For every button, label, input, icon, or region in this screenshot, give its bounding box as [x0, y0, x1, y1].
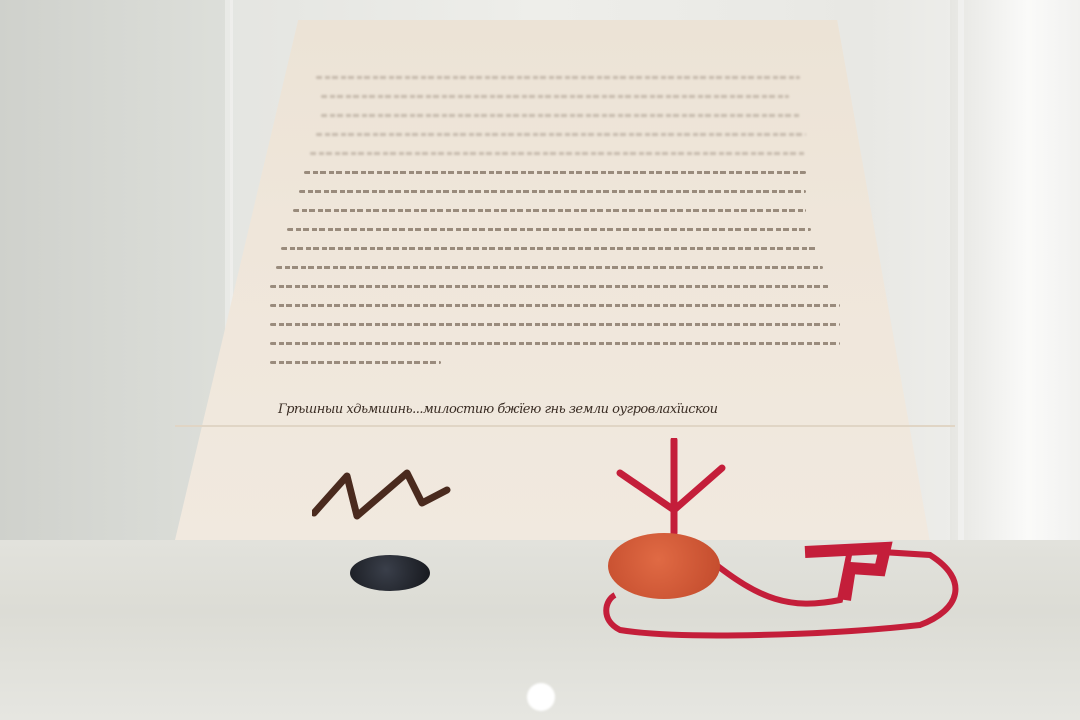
- red-signature-icon: [612, 438, 732, 538]
- case-knob: [527, 683, 555, 711]
- red-wax-seal: [608, 533, 720, 599]
- manuscript-fold: [175, 425, 955, 427]
- monogram-signature-icon: [312, 468, 452, 528]
- manuscript-last-line: Грѣшныи хдьмшинь...милостию бжїею гнь зе…: [278, 402, 717, 417]
- display-case: Грѣшныи хдьмшинь...милостию бжїею гнь зе…: [0, 0, 1080, 720]
- manuscript-text: [270, 60, 840, 380]
- black-wax-seal: [350, 555, 430, 591]
